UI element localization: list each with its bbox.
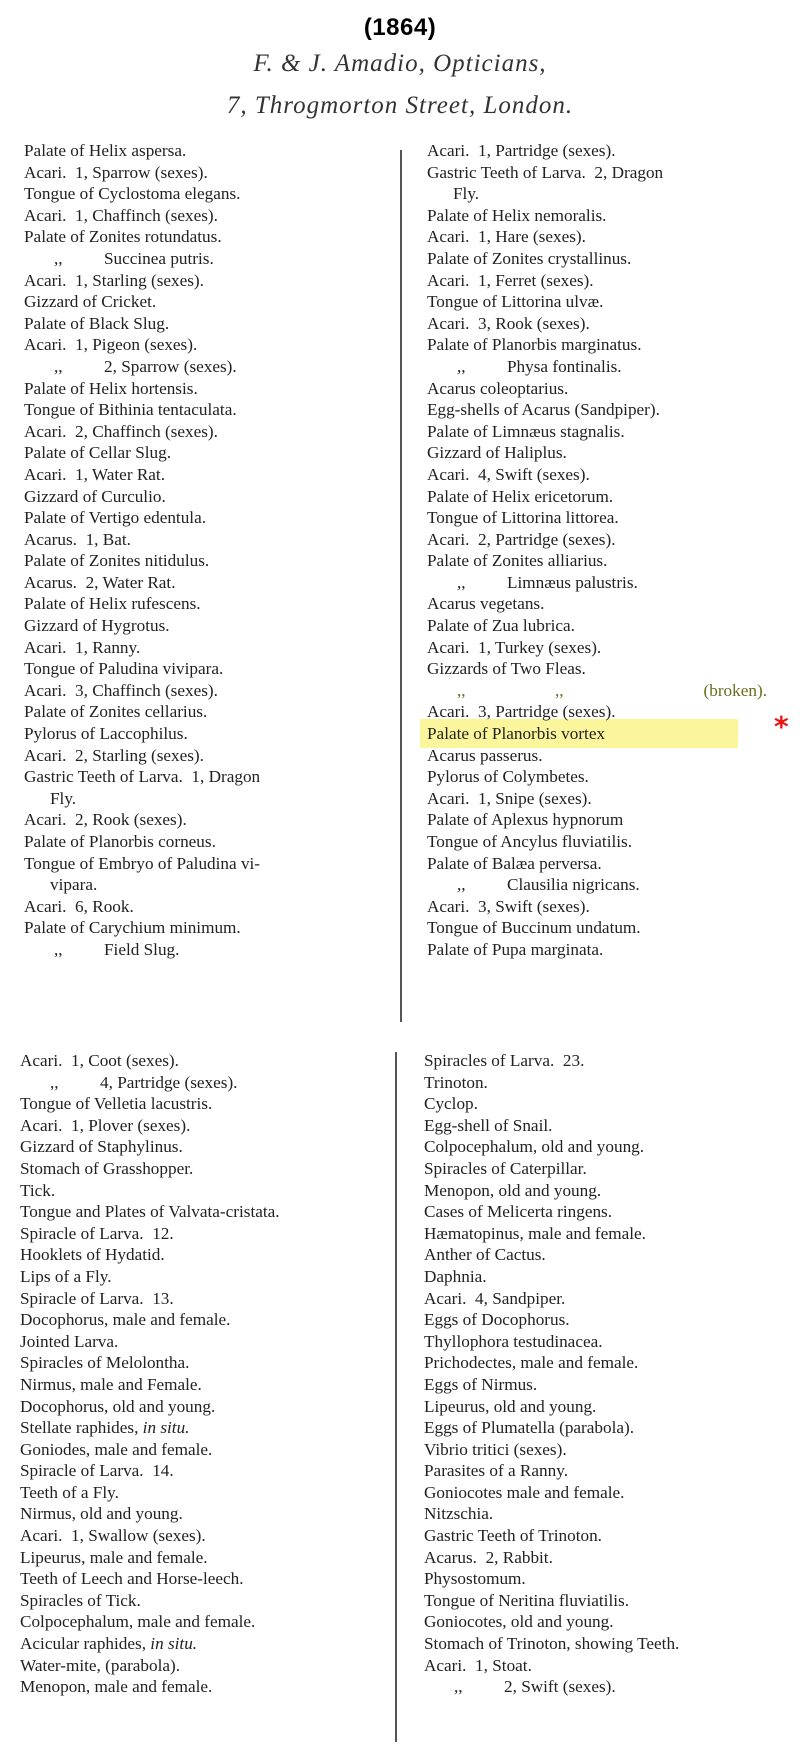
list-item: vipara. xyxy=(24,874,374,896)
list-item: Gizzard of Curculio. xyxy=(24,486,374,508)
list-item: Tongue of Ancylus fluviatilis. xyxy=(427,831,767,853)
list-item: Cyclop. xyxy=(424,1093,784,1115)
list-item: Palate of Zonites rotundatus. xyxy=(24,226,374,248)
list-item: Acari. 1, Ranny. xyxy=(24,637,374,659)
list-item: Spiracles of Tick. xyxy=(20,1590,380,1612)
list-item: Acarus. 1, Bat. xyxy=(24,529,374,551)
list-item: Palate of Zua lubrica. xyxy=(427,615,767,637)
list-item: Stellate raphides, in situ. xyxy=(20,1417,380,1439)
list-item: Stomach of Trinoton, showing Teeth. xyxy=(424,1633,784,1655)
list-item: Gastric Teeth of Larva. 2, Dragon xyxy=(427,162,767,184)
list-item: Eggs of Nirmus. xyxy=(424,1374,784,1396)
list-item: Palate of Pupa marginata. xyxy=(427,939,767,961)
ditto-mark: ,, xyxy=(427,572,507,594)
list-item: Acari. 1, Stoat. xyxy=(424,1655,784,1677)
list-item: Fly. xyxy=(24,788,374,810)
list-item: ,,Limnæus palustris. xyxy=(427,572,767,594)
italic-term: in situ. xyxy=(150,1634,197,1653)
list-item: Palate of Planorbis marginatus. xyxy=(427,334,767,356)
upper-left-column: Palate of Helix aspersa.Acari. 1, Sparro… xyxy=(24,140,374,961)
list-item: Tongue of Paludina vivipara. xyxy=(24,658,374,680)
list-item: Acari. 2, Starling (sexes). xyxy=(24,745,374,767)
entry-text: 2, Sparrow (sexes). xyxy=(104,356,237,378)
list-item: Docophorus, male and female. xyxy=(20,1309,380,1331)
list-item: ,,4, Partridge (sexes). xyxy=(20,1072,380,1094)
list-item: Tongue of Neritina fluviatilis. xyxy=(424,1590,784,1612)
list-item: Acari. 1, Hare (sexes). xyxy=(427,226,767,248)
list-item: Water-mite, (parabola). xyxy=(20,1655,380,1677)
list-item: Tongue of Velletia lacustris. xyxy=(20,1093,380,1115)
list-item: Nirmus, old and young. xyxy=(20,1503,380,1525)
ditto-mark: ,, xyxy=(24,939,104,961)
list-item: Palate of Helix aspersa. xyxy=(24,140,374,162)
entry-text: Succinea putris. xyxy=(104,248,214,270)
list-item: Stomach of Grasshopper. xyxy=(20,1158,380,1180)
firm-address: 7, Throgmorton Street, London. xyxy=(0,92,800,120)
list-item: Gastric Teeth of Larva. 1, Dragon xyxy=(24,766,374,788)
list-item: Nitzschia. xyxy=(424,1503,784,1525)
list-item: Eggs of Docophorus. xyxy=(424,1309,784,1331)
list-item: Palate of Black Slug. xyxy=(24,313,374,335)
entry-text: Limnæus palustris. xyxy=(507,572,638,594)
list-item: Jointed Larva. xyxy=(20,1331,380,1353)
list-item: Lipeurus, old and young. xyxy=(424,1396,784,1418)
list-item: Cases of Melicerta ringens. xyxy=(424,1201,784,1223)
list-item: Palate of Zonites crystallinus. xyxy=(427,248,767,270)
list-item: Acari. 2, Rook (sexes). xyxy=(24,809,374,831)
list-item: Prichodectes, male and female. xyxy=(424,1352,784,1374)
list-item: Acari. 3, Chaffinch (sexes). xyxy=(24,680,374,702)
ditto-mark: ,, xyxy=(427,874,507,896)
list-item: Palate of Limnæus stagnalis. xyxy=(427,421,767,443)
list-item: Acarus passerus. xyxy=(427,745,767,767)
list-item: Tongue of Bithinia tentaculata. xyxy=(24,399,374,421)
list-item: Acari. 3, Partridge (sexes). xyxy=(427,701,767,723)
italic-term: in situ. xyxy=(143,1418,190,1437)
list-item: Tongue of Littorina littorea. xyxy=(427,507,767,529)
list-item: Teeth of a Fly. xyxy=(20,1482,380,1504)
list-item: Palate of Balæa perversa. xyxy=(427,853,767,875)
entry-text: Acicular raphides, xyxy=(20,1634,150,1653)
list-item: Spiracle of Larva. 13. xyxy=(20,1288,380,1310)
list-item: Palate of Carychium minimum. xyxy=(24,917,374,939)
list-item: Fly. xyxy=(427,183,767,205)
list-item: Lipeurus, male and female. xyxy=(20,1547,380,1569)
list-item: Spiracles of Caterpillar. xyxy=(424,1158,784,1180)
list-item: Acari. 1, Partridge (sexes). xyxy=(427,140,767,162)
continuation-text: vipara. xyxy=(50,875,97,894)
list-item: Egg-shells of Acarus (Sandpiper). xyxy=(427,399,767,421)
entry-text: Physa fontinalis. xyxy=(507,356,622,378)
list-item: Palate of Helix rufescens. xyxy=(24,593,374,615)
list-item: ,,Field Slug. xyxy=(24,939,374,961)
continuation-text: Fly. xyxy=(50,789,76,808)
list-item: Spiracle of Larva. 12. xyxy=(20,1223,380,1245)
lower-right-column: Spiracles of Larva. 23.Trinoton.Cyclop.E… xyxy=(424,1050,784,1698)
list-item: Spiracles of Melolontha. xyxy=(20,1352,380,1374)
list-item: Tongue and Plates of Valvata-cristata. xyxy=(20,1201,380,1223)
list-item: Menopon, male and female. xyxy=(20,1676,380,1698)
list-item: Acari. 1, Water Rat. xyxy=(24,464,374,486)
list-item: ,,2, Swift (sexes). xyxy=(424,1676,784,1698)
list-item: Palate of Planorbis vortex xyxy=(427,723,767,745)
list-item: Acari. 1, Sparrow (sexes). xyxy=(24,162,374,184)
list-item: Gizzard of Haliplus. xyxy=(427,442,767,464)
entry-text: 4, Partridge (sexes). xyxy=(100,1072,237,1094)
list-item: Acari. 1, Turkey (sexes). xyxy=(427,637,767,659)
list-item: Acari. 2, Partridge (sexes). xyxy=(427,529,767,551)
list-item: Spiracle of Larva. 14. xyxy=(20,1460,380,1482)
ditto-mark: ,, xyxy=(424,1676,504,1698)
list-item: Acari. 1, Pigeon (sexes). xyxy=(24,334,374,356)
list-item: Acarus. 2, Water Rat. xyxy=(24,572,374,594)
list-item: Acari. 1, Starling (sexes). xyxy=(24,270,374,292)
list-item: Acarus coleoptarius. xyxy=(427,378,767,400)
list-item: Tongue of Littorina ulvæ. xyxy=(427,291,767,313)
list-item: Menopon, old and young. xyxy=(424,1180,784,1202)
list-item: Teeth of Leech and Horse-leech. xyxy=(20,1568,380,1590)
list-item: Tongue of Buccinum undatum. xyxy=(427,917,767,939)
list-item: Gizzard of Hygrotus. xyxy=(24,615,374,637)
list-item: Acari. 1, Plover (sexes). xyxy=(20,1115,380,1137)
list-item: Trinoton. xyxy=(424,1072,784,1094)
list-item: Goniodes, male and female. xyxy=(20,1439,380,1461)
list-item: Tongue of Cyclostoma elegans. xyxy=(24,183,374,205)
list-item: ,,,,(broken). xyxy=(427,680,767,702)
list-item: Goniocotes male and female. xyxy=(424,1482,784,1504)
list-item: Physostomum. xyxy=(424,1568,784,1590)
list-item: Palate of Zonites cellarius. xyxy=(24,701,374,723)
list-item: Pylorus of Colymbetes. xyxy=(427,766,767,788)
list-item: Acari. 3, Rook (sexes). xyxy=(427,313,767,335)
ditto-mark: ,, xyxy=(427,356,507,378)
continuation-text: Fly. xyxy=(453,184,479,203)
broken-note: (broken). xyxy=(704,680,767,702)
list-item: Gastric Teeth of Trinoton. xyxy=(424,1525,784,1547)
list-item: Acari. 6, Rook. xyxy=(24,896,374,918)
list-item: Acari. 1, Swallow (sexes). xyxy=(20,1525,380,1547)
list-item: ,,2, Sparrow (sexes). xyxy=(24,356,374,378)
list-item: Egg-shell of Snail. xyxy=(424,1115,784,1137)
list-item: Palate of Vertigo edentula. xyxy=(24,507,374,529)
upper-right-column: Acari. 1, Partridge (sexes).Gastric Teet… xyxy=(427,140,767,961)
list-item: Acari. 1, Chaffinch (sexes). xyxy=(24,205,374,227)
list-item: Hooklets of Hydatid. xyxy=(20,1244,380,1266)
list-item: Acarus vegetans. xyxy=(427,593,767,615)
firm-name: F. & J. Amadio, Opticians, xyxy=(0,50,800,78)
entry-text: Stellate raphides, xyxy=(20,1418,143,1437)
list-item: ,,Physa fontinalis. xyxy=(427,356,767,378)
ditto-mark: ,, xyxy=(427,680,507,702)
column-divider-lower xyxy=(395,1052,397,1742)
list-item: Palate of Helix ericetorum. xyxy=(427,486,767,508)
list-item: Acari. 1, Ferret (sexes). xyxy=(427,270,767,292)
list-item: Acari. 2, Chaffinch (sexes). xyxy=(24,421,374,443)
list-item: Docophorus, old and young. xyxy=(20,1396,380,1418)
list-item: Spiracles of Larva. 23. xyxy=(424,1050,784,1072)
list-item: Gizzard of Cricket. xyxy=(24,291,374,313)
list-item: Pylorus of Laccophilus. xyxy=(24,723,374,745)
list-item: Palate of Aplexus hypnorum xyxy=(427,809,767,831)
list-item: Thyllophora testudinacea. xyxy=(424,1331,784,1353)
ditto-mark: ,, xyxy=(507,680,647,702)
column-divider-upper xyxy=(400,150,402,1022)
asterisk-marker-icon: * xyxy=(774,712,789,742)
list-item: Nirmus, male and Female. xyxy=(20,1374,380,1396)
ditto-mark: ,, xyxy=(20,1072,100,1094)
list-item: Daphnia. xyxy=(424,1266,784,1288)
list-item: Colpocephalum, old and young. xyxy=(424,1136,784,1158)
list-item: Goniocotes, old and young. xyxy=(424,1611,784,1633)
list-item: Acicular raphides, in situ. xyxy=(20,1633,380,1655)
list-item: Vibrio tritici (sexes). xyxy=(424,1439,784,1461)
list-item: Palate of Zonites nitidulus. xyxy=(24,550,374,572)
lower-left-column: Acari. 1, Coot (sexes).,,4, Partridge (s… xyxy=(20,1050,380,1698)
year-heading: (1864) xyxy=(0,14,800,42)
list-item: Palate of Helix hortensis. xyxy=(24,378,374,400)
entry-text: Field Slug. xyxy=(104,939,179,961)
list-item: Palate of Zonites alliarius. xyxy=(427,550,767,572)
list-item: Palate of Planorbis corneus. xyxy=(24,831,374,853)
list-item: Colpocephalum, male and female. xyxy=(20,1611,380,1633)
list-item: Hæmatopinus, male and female. xyxy=(424,1223,784,1245)
list-item: Acari. 4, Swift (sexes). xyxy=(427,464,767,486)
list-item: Acari. 1, Snipe (sexes). xyxy=(427,788,767,810)
entry-text: Clausilia nigricans. xyxy=(507,874,640,896)
list-item: Anther of Cactus. xyxy=(424,1244,784,1266)
list-item: Acari. 3, Swift (sexes). xyxy=(427,896,767,918)
list-item: Gizzards of Two Fleas. xyxy=(427,658,767,680)
list-item: Parasites of a Ranny. xyxy=(424,1460,784,1482)
list-item: Gizzard of Staphylinus. xyxy=(20,1136,380,1158)
list-item: Eggs of Plumatella (parabola). xyxy=(424,1417,784,1439)
ditto-mark: ,, xyxy=(24,356,104,378)
list-item: ,,Succinea putris. xyxy=(24,248,374,270)
ditto-mark: ,, xyxy=(24,248,104,270)
list-item: Acarus. 2, Rabbit. xyxy=(424,1547,784,1569)
list-item: Lips of a Fly. xyxy=(20,1266,380,1288)
list-item: Tick. xyxy=(20,1180,380,1202)
list-item: ,,Clausilia nigricans. xyxy=(427,874,767,896)
entry-text: 2, Swift (sexes). xyxy=(504,1676,616,1698)
list-item: Tongue of Embryo of Paludina vi- xyxy=(24,853,374,875)
list-item: Palate of Helix nemoralis. xyxy=(427,205,767,227)
list-item: Acari. 4, Sandpiper. xyxy=(424,1288,784,1310)
list-item: Acari. 1, Coot (sexes). xyxy=(20,1050,380,1072)
list-item: Palate of Cellar Slug. xyxy=(24,442,374,464)
